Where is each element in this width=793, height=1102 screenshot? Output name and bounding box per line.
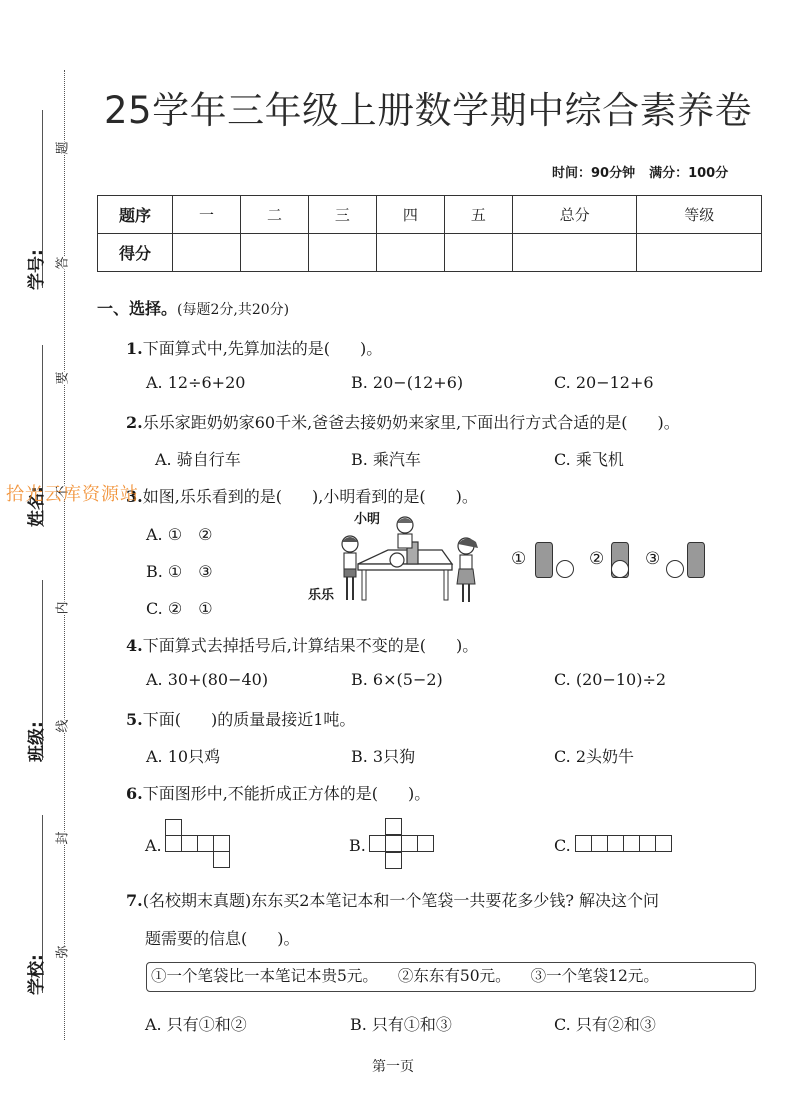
score-cell[interactable]: [376, 234, 444, 272]
score-table-header: 二: [240, 196, 308, 234]
option-c: C. 2头奶牛: [554, 744, 634, 767]
class-label: 班级:: [22, 721, 47, 762]
question-text-end: )。: [277, 929, 299, 948]
view-3-label: ③: [645, 549, 660, 569]
option-b: B. 3只狗: [351, 744, 415, 767]
score-cell[interactable]: [240, 234, 308, 272]
question-text-end: )。: [456, 636, 478, 655]
question-text-end: )。: [360, 339, 382, 358]
ball-icon: [611, 560, 629, 578]
option-a: A. 12÷6+20: [146, 373, 245, 392]
cylinder-icon: [535, 542, 553, 578]
question-4: 4.下面算式去掉括号后,计算结果不变的是()。: [126, 633, 478, 656]
score-cell[interactable]: [637, 234, 762, 272]
option-a: A.: [145, 836, 162, 855]
score-table-header: 总分: [512, 196, 637, 234]
page-footer: 第一页: [372, 1056, 414, 1076]
section-title: 一、选择。: [97, 299, 177, 318]
watermark: 拾光云库资源站: [6, 480, 139, 506]
option-a: A. 30+(80−40): [146, 670, 268, 689]
question-6: 6.下面图形中,不能折成正方体的是()。: [126, 781, 430, 804]
section-heading: 一、选择。(每题2分,共20分): [97, 296, 289, 319]
score-table-score-row: 得分: [98, 234, 762, 272]
question-text: 下面(: [143, 710, 181, 729]
option-c: C.: [554, 836, 571, 855]
score-cell[interactable]: [512, 234, 637, 272]
question-text: (名校期末真题)东东买2本笔记本和一个笔袋一共要花多少钱? 解决这个问: [143, 891, 659, 910]
question-1: 1.下面算式中,先算加法的是()。: [126, 336, 382, 359]
score-table-header: 题序: [98, 196, 173, 234]
question-5: 5.下面()的质量最接近1吨。: [126, 707, 355, 730]
xiaoming-label: 小明: [354, 508, 380, 527]
exam-meta: 时间：90分钟满分：100分: [552, 162, 728, 181]
question-number: 6.: [126, 784, 143, 803]
score-cell[interactable]: [444, 234, 512, 272]
school-label: 学校:: [22, 954, 47, 995]
question-text-end: )。: [657, 413, 679, 432]
option-a: A. 只有①和②: [145, 1012, 247, 1035]
option-b: B. ① ③: [146, 559, 213, 582]
score-table: 题序 一 二 三 四 五 总分 等级 得分: [97, 195, 762, 272]
question-number: 1.: [126, 339, 143, 358]
section-note: (每题2分,共20分): [177, 302, 289, 318]
student-id-label: 学号:: [22, 249, 47, 290]
seal-char: 要: [56, 371, 72, 384]
option-c: C. 乘飞机: [554, 447, 624, 470]
question-3: 3.如图,乐乐看到的是(),小明看到的是()。: [126, 484, 478, 507]
option-c: C. (20−10)÷2: [554, 670, 666, 689]
option-a: A. ① ②: [146, 522, 212, 545]
option-b: B. 只有①和③: [350, 1012, 452, 1035]
question-text-mid: ),小明看到的是(: [312, 487, 426, 506]
question-2: 2.乐乐家距奶奶家60千米,爸爸去接奶奶来家里,下面出行方式合适的是()。: [126, 410, 680, 433]
option-b: B. 6×(5−2): [351, 670, 443, 689]
exam-time: 时间：90分钟: [552, 166, 635, 181]
question-text: 乐乐家距奶奶家60千米,爸爸去接奶奶来家里,下面出行方式合适的是(: [143, 413, 628, 432]
info-box: ①一个笔袋比一本笔记本贵5元。②东东有50元。③一个笔袋12元。: [146, 962, 756, 992]
question-7-line-2: 题需要的信息()。: [145, 926, 300, 949]
question-7: 7.(名校期末真题)东东买2本笔记本和一个笔袋一共要花多少钱? 解决这个问: [126, 888, 659, 911]
exam-full-score: 满分：100分: [649, 166, 728, 181]
view-1-label: ①: [511, 549, 526, 569]
question-text: 如图,乐乐看到的是(: [143, 487, 282, 506]
option-b: B.: [349, 836, 366, 855]
option-b: B. 乘汽车: [351, 447, 421, 470]
option-a: A. 10只鸡: [146, 744, 220, 767]
ball-icon: [556, 560, 574, 578]
seal-char: 封: [56, 831, 72, 844]
score-table-header: 三: [308, 196, 376, 234]
question-text-end: )。: [456, 487, 478, 506]
question-text-end: )的质量最接近1吨。: [211, 710, 355, 729]
score-table-header: 等级: [637, 196, 762, 234]
score-table-header-row: 题序 一 二 三 四 五 总分 等级: [98, 196, 762, 234]
score-table-header: 四: [376, 196, 444, 234]
page-title: 25学年三年级上册数学期中综合素养卷: [104, 80, 752, 134]
info-item: ②东东有50元。: [398, 967, 511, 985]
seal-dotted-line: [64, 70, 65, 1040]
cylinder-icon: [687, 542, 705, 578]
seal-char: 题: [56, 141, 72, 154]
question-number: 5.: [126, 710, 143, 729]
question-text: 下面算式中,先算加法的是(: [143, 339, 330, 358]
score-cell[interactable]: [308, 234, 376, 272]
question-number: 2.: [126, 413, 143, 432]
option-c: C. 20−12+6: [554, 373, 654, 392]
info-item: ①一个笔袋比一本笔记本贵5元。: [151, 967, 378, 985]
ball-icon: [666, 560, 684, 578]
score-cell[interactable]: [173, 234, 241, 272]
view-2-label: ②: [589, 549, 604, 569]
question-number: 4.: [126, 636, 143, 655]
seal-char: 弥: [56, 945, 72, 958]
seal-char: 答: [56, 256, 72, 269]
seal-char: 线: [56, 719, 72, 732]
info-item: ③一个笔袋12元。: [531, 967, 659, 985]
score-table-header: 一: [173, 196, 241, 234]
question-text: 下面图形中,不能折成正方体的是(: [143, 784, 378, 803]
viewing-scene-illustration: 小明 乐乐: [300, 508, 490, 608]
option-c: C. ② ①: [146, 596, 213, 619]
option-b: B. 20−(12+6): [351, 373, 463, 392]
score-row-label: 得分: [98, 234, 173, 272]
question-text: 下面算式去掉括号后,计算结果不变的是(: [143, 636, 426, 655]
option-a: A. 骑自行车: [155, 447, 241, 470]
score-table-header: 五: [444, 196, 512, 234]
question-text-end: )。: [408, 784, 430, 803]
option-c: C. 只有②和③: [554, 1012, 656, 1035]
question-text: 题需要的信息(: [145, 929, 247, 948]
seal-char: 内: [56, 601, 72, 614]
question-number: 7.: [126, 891, 143, 910]
lele-label: 乐乐: [308, 584, 334, 603]
